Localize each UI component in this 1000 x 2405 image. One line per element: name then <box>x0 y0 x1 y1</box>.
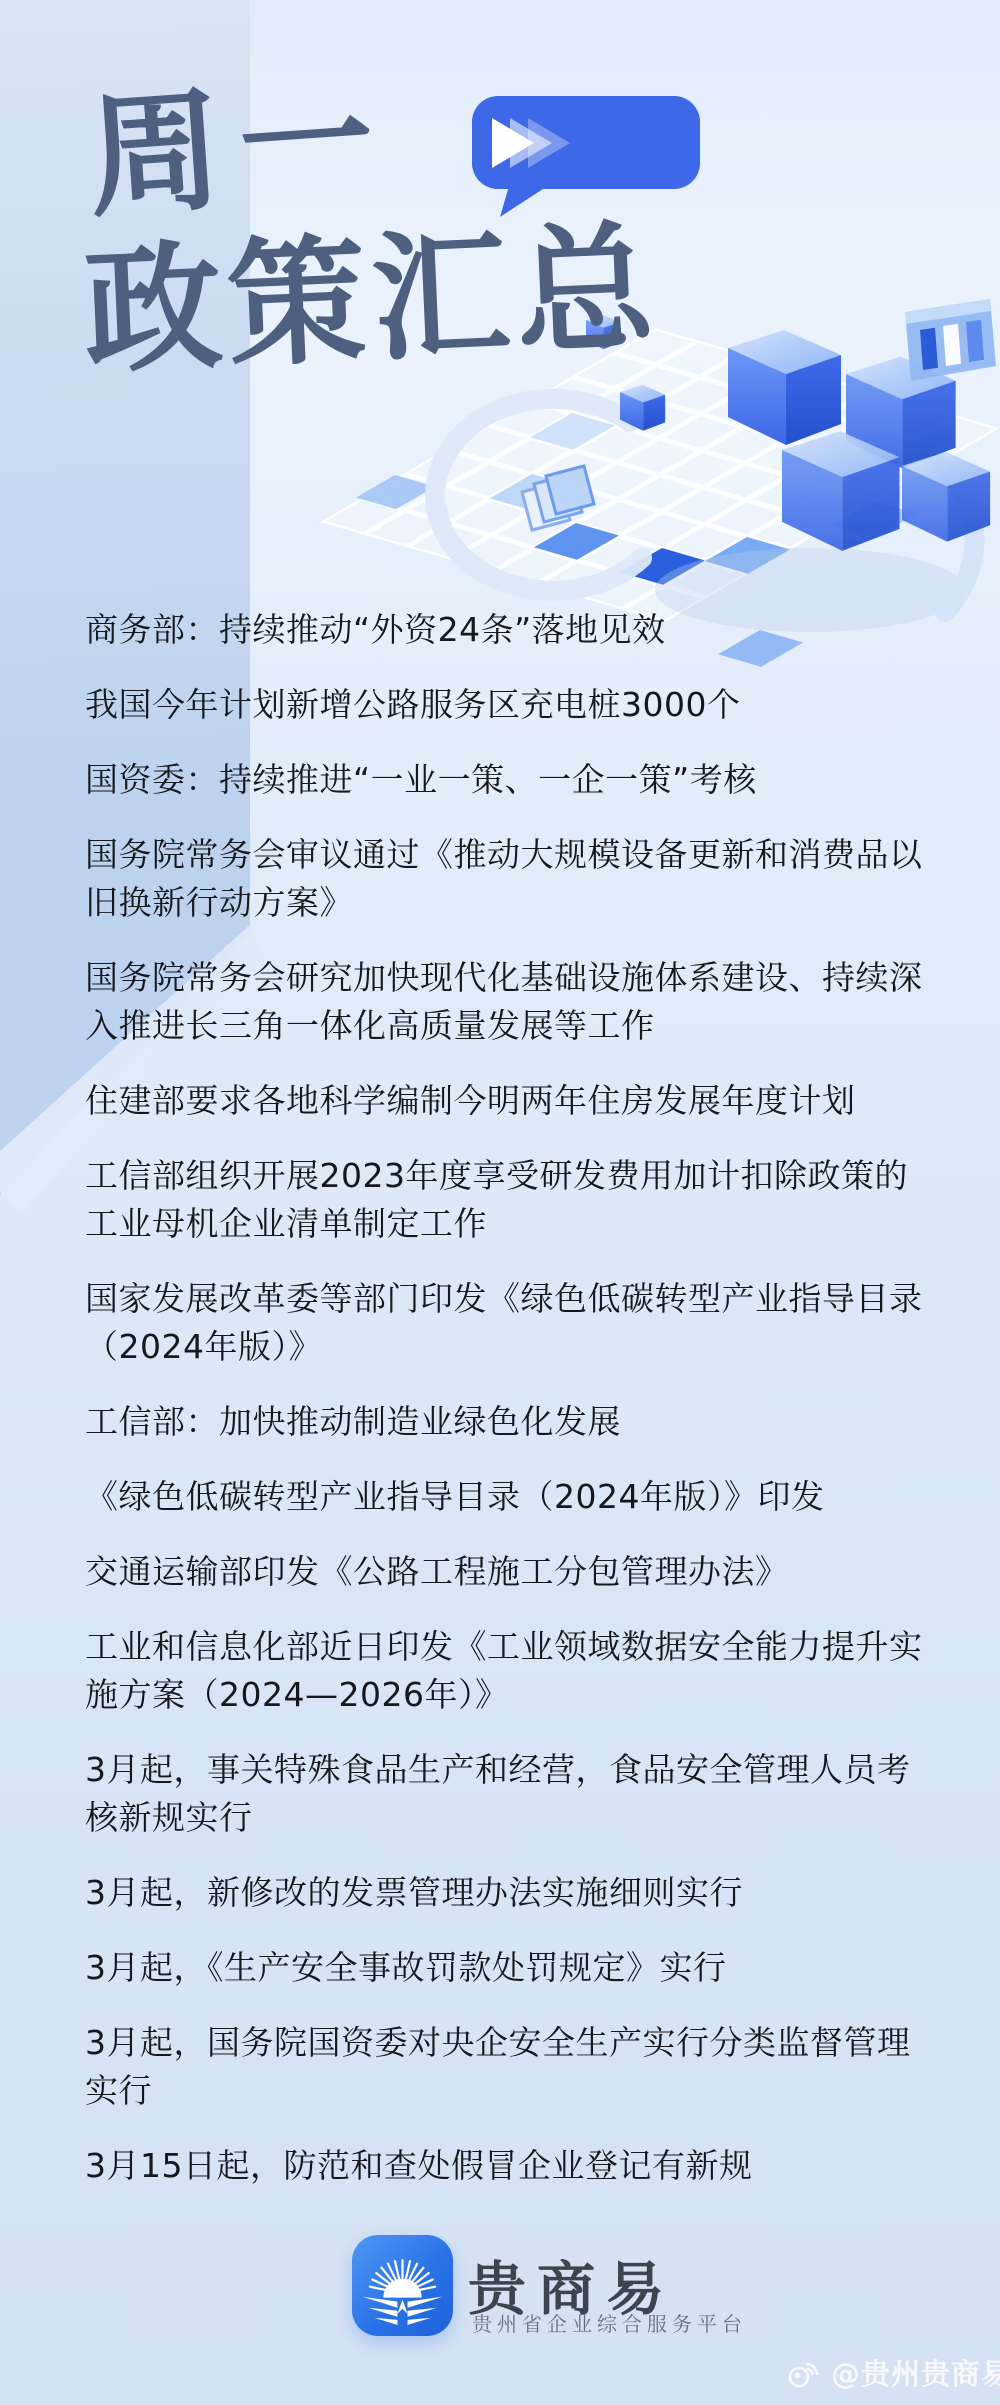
policy-item: 住建部要求各地科学编制今明两年住房发展年度计划 <box>85 1077 927 1125</box>
policy-list: 商务部：持续推动“外资24条”落地见效我国今年计划新增公路服务区充电桩3000个… <box>85 606 927 2217</box>
policy-item: 3月起，《生产安全事故罚款处罚规定》实行 <box>85 1944 927 1992</box>
policy-item: 国务院常务会审议通过《推动大规模设备更新和消费品以旧换新行动方案》 <box>85 831 927 927</box>
policy-item: 交通运输部印发《公路工程施工分包管理办法》 <box>85 1548 927 1596</box>
policy-item: 国资委：持续推进“一业一策、一企一策”考核 <box>85 756 927 804</box>
page-title-line2: 政策汇总 <box>81 219 662 382</box>
app-logo-icon <box>352 2235 453 2336</box>
sunrise-wings-emblem <box>352 2235 453 2336</box>
mini-bar-chart-icon <box>905 299 996 381</box>
page-title-line1: 周一 <box>83 71 396 226</box>
policy-item: 我国今年计划新增公路服务区充电桩3000个 <box>85 681 927 729</box>
policy-poster: 周一 政策汇总 商务部：持续推动“外资24条”落地见效我国今年计划新增公路服务区… <box>0 0 1000 2405</box>
policy-item: 3月起，国务院国资委对央企安全生产实行分类监督管理实行 <box>85 2019 927 2115</box>
policy-item: 工业和信息化部近日印发《工业领域数据安全能力提升实施方案（2024—2026年）… <box>85 1623 927 1719</box>
policy-item: 商务部：持续推动“外资24条”落地见效 <box>85 606 927 654</box>
policy-item: 工信部：加快推动制造业绿色化发展 <box>85 1398 927 1446</box>
policy-item: 3月15日起，防范和查处假冒企业登记有新规 <box>85 2142 927 2190</box>
brand-tagline: 贵州省企业综合服务平台 <box>472 2308 747 2337</box>
policy-item: 国务院常务会研究加快现代化基础设施体系建设、持续深入推进长三角一体化高质量发展等… <box>85 954 927 1050</box>
policy-item: 3月起，事关特殊食品生产和经营，食品安全管理人员考核新规实行 <box>85 1746 927 1842</box>
policy-item: 《绿色低碳转型产业指导目录（2024年版）》印发 <box>85 1473 927 1521</box>
watermark-text: @贵州贵商易 <box>831 2352 1000 2393</box>
fast-forward-icon <box>492 118 534 168</box>
weibo-icon <box>786 2357 822 2388</box>
watermark: @贵州贵商易 <box>786 2352 1000 2393</box>
policy-item: 国家发展改革委等部门印发《绿色低碳转型产业指导目录（2024年版）》 <box>85 1275 927 1371</box>
policy-item: 3月起，新修改的发票管理办法实施细则实行 <box>85 1869 927 1917</box>
speech-bubble-icon <box>472 96 700 189</box>
policy-item: 工信部组织开展2023年度享受研发费用加计扣除政策的工业母机企业清单制定工作 <box>85 1152 927 1248</box>
